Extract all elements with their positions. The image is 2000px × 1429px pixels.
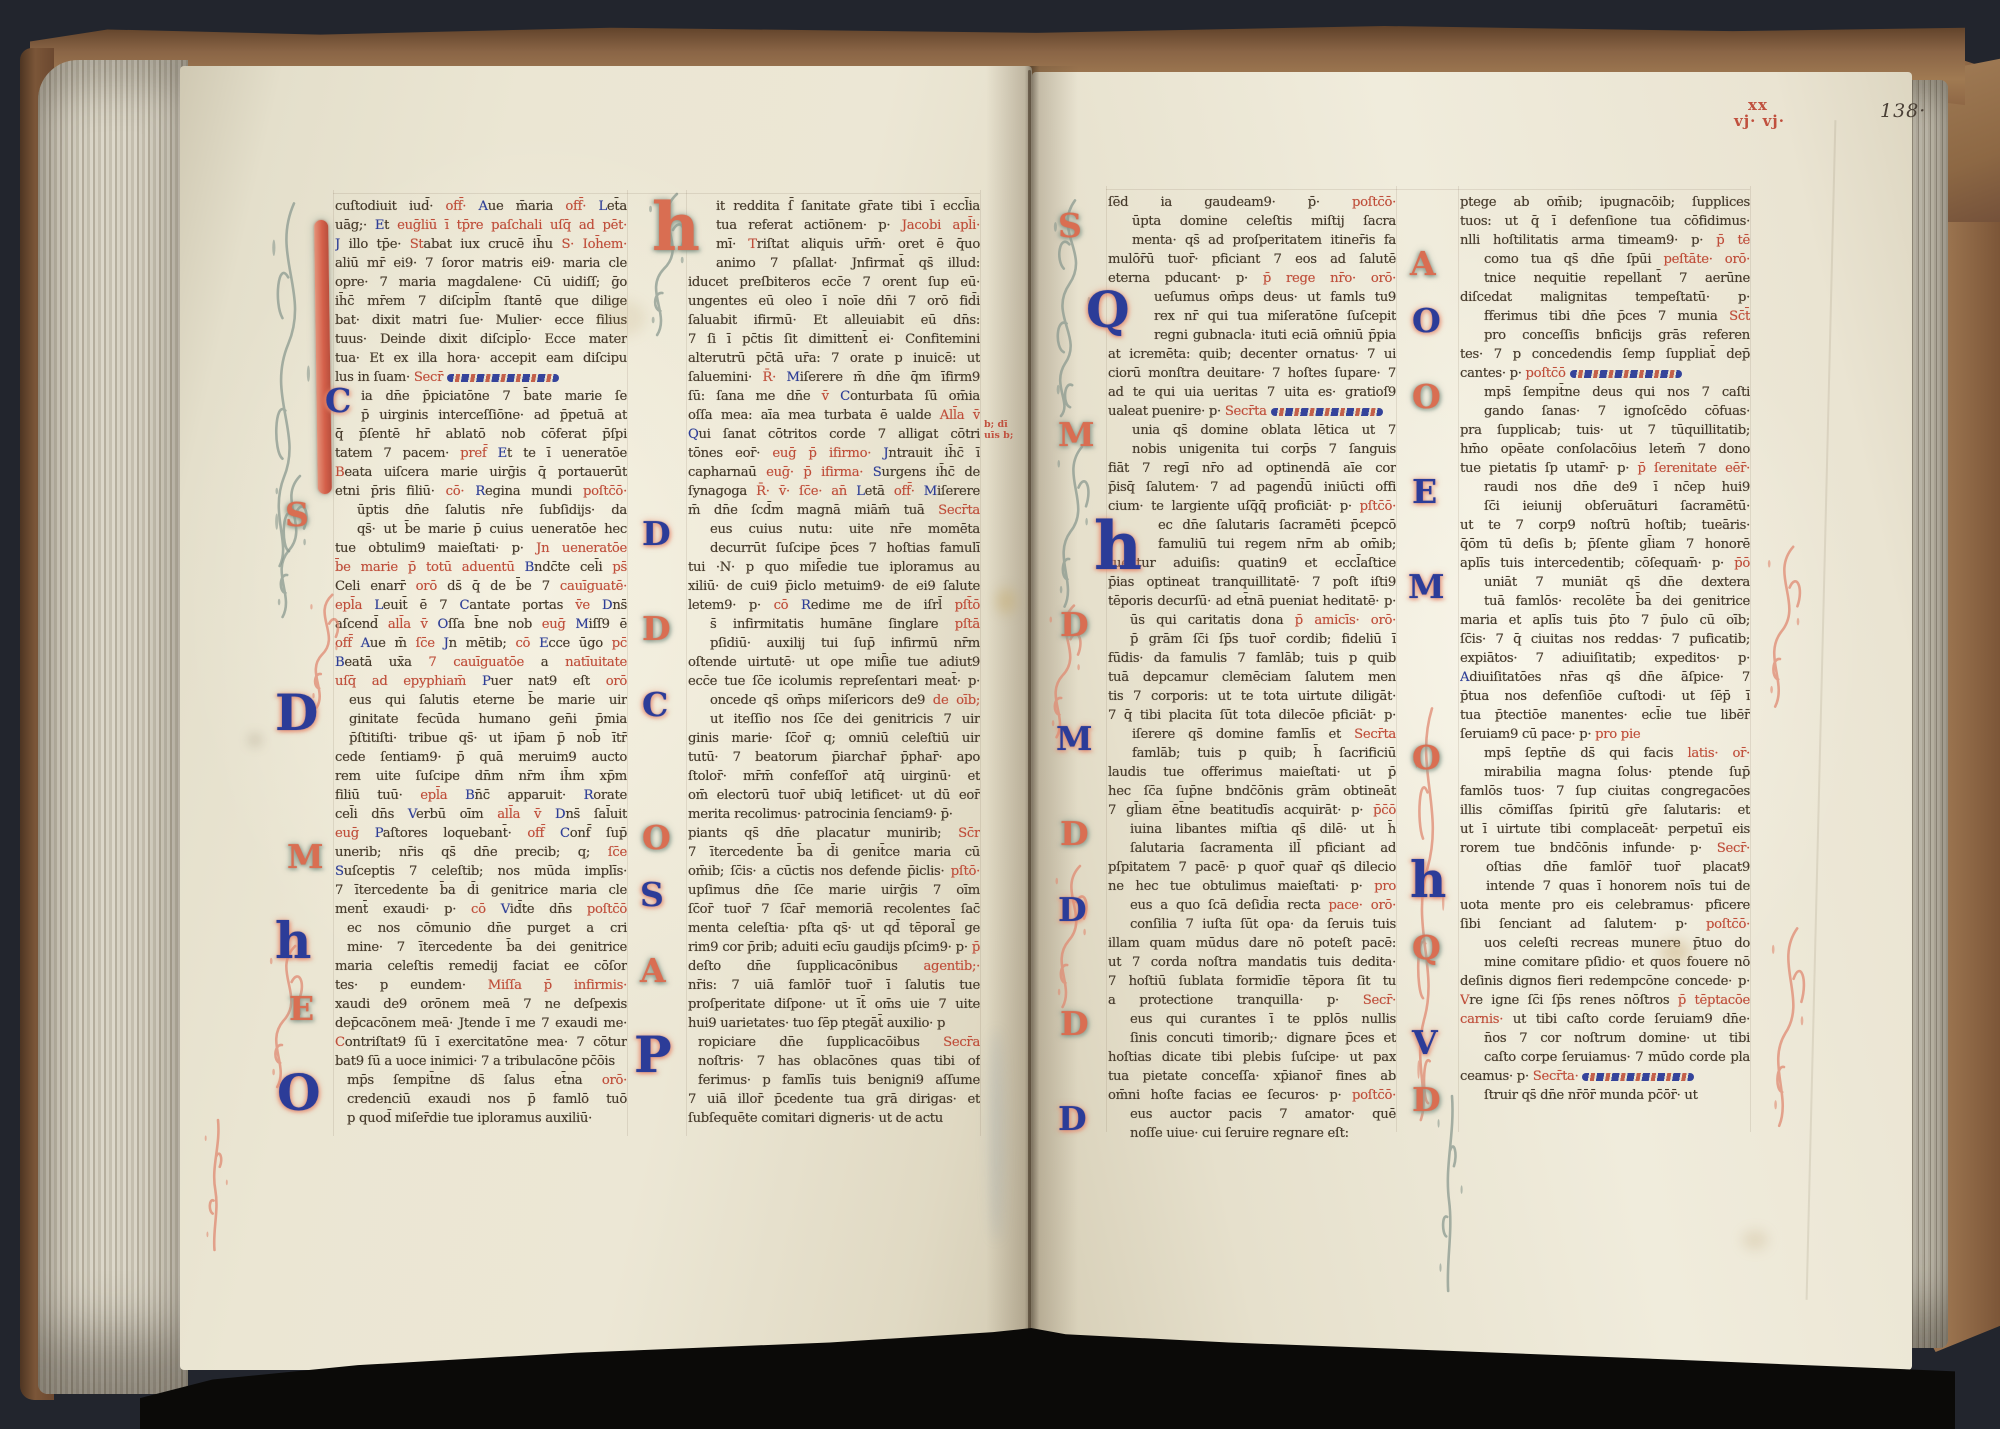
manuscript-line: tueatur aduiſis: quatin9 et eccl̄aſtice (1108, 554, 1396, 573)
rubric-text: orō· (602, 1073, 627, 1088)
rubric-text: poſtc̄ō· (1706, 917, 1750, 932)
illuminated-initial-d: D (642, 517, 671, 550)
versal-letter: D (602, 598, 612, 613)
manuscript-line: hoſtias dicate tibi plebis ſuſcipe· ut p… (1108, 1048, 1396, 1067)
rubric-text: Secr̄ta (1354, 727, 1396, 742)
manuscript-line: carnis· ut tibi caſto corde ſeruiam9 dn̄… (1460, 1010, 1750, 1029)
manuscript-line: xiliū· de cui9 p̄iclo metuim9· de ei9 ſa… (688, 577, 980, 596)
parchment-stain (1742, 1230, 1768, 1250)
manuscript-line: intende 7 quas ī honorem noīs tui de (1460, 877, 1750, 896)
manuscript-line: ſtolor̄· mr̄m̄ confeſſor̄ atq̄ uirginū· … (688, 767, 980, 786)
illuminated-initial-o: O (642, 821, 671, 854)
rubric-text: pro pie (1595, 727, 1640, 742)
manuscript-line: uota mente pro eis celebramus· pficere (1460, 896, 1750, 915)
manuscript-line: noſſe uiue· cui ſeruire regnare eſt: (1108, 1124, 1396, 1143)
manuscript-line: p̄isq̄ ſalutem· 7 ad pagend̄ū iniūcti of… (1108, 478, 1396, 497)
versal-letter: L (598, 199, 606, 214)
illuminated-initial-s: S (1058, 209, 1082, 242)
manuscript-line: ec dn̄e ſalutaris ſacramēti p̄cepcō (1108, 516, 1396, 535)
manuscript-line: m̄ dn̄e ſcd̄m magnā miām̄ tuā Secr̄ta (688, 501, 980, 520)
manuscript-line: ut te 7 corp9 noſtrū hoſtib; tueāris· (1460, 516, 1750, 535)
rubric-text: poſtc̄ō· (1352, 1088, 1396, 1103)
manuscript-line: fferimus tibi dn̄e p̄ces 7 munia Sc̄t̄ (1460, 307, 1750, 326)
rubric-text: poſtc̄ō· (583, 484, 627, 499)
manuscript-line: menta celeſtia· pſta qs̄· ut qd̄ tēporal… (688, 919, 980, 938)
versal-letter: V (408, 807, 416, 822)
rubric-text: C (335, 1035, 345, 1050)
illuminated-initial-h: h (1410, 855, 1446, 905)
rubric-text: pref̄ (460, 446, 486, 461)
manuscript-line: ūpta domine celeſtis miſtij ſacra (1108, 212, 1396, 231)
rubric-text: cauīguatē· (560, 579, 627, 594)
illuminated-initial-d: D (1060, 1007, 1089, 1040)
versal-letter: Q (688, 427, 699, 442)
manuscript-line: ſaluemini· R̄· Miſerere m̄ dn̄e q̄m īfir… (688, 368, 980, 387)
illuminated-initial-q: Q (1412, 931, 1441, 964)
manuscript-line: tes· p eundem· Miſſa p̄ infirmis· (335, 976, 627, 995)
manuscript-line: Suſceptis 7 celeſtib; nos mūda implīs· (335, 862, 627, 881)
rubric-text: peſtāte· orō· (1663, 252, 1750, 267)
manuscript-line: laudis tue offerimus maieſtati· ut p̄ (1108, 763, 1396, 782)
manuscript-line: ualeat puenire· p· Secr̄ta (1108, 402, 1396, 421)
manuscript-line: ſubſequēte comitari digneris· ut de actu (688, 1109, 980, 1128)
manuscript-line: ad te qui uia ueritas 7 uita es· gratioſ… (1108, 383, 1396, 402)
rubric-text: p̄ō (1734, 556, 1750, 571)
illuminated-initial-m: M (1408, 570, 1445, 603)
versal-letter: V (501, 902, 510, 917)
rubric-text: orō (606, 674, 627, 689)
illuminated-initial-v: V (1412, 1026, 1438, 1059)
illuminated-initial-e: E (1412, 475, 1437, 508)
manuscript-line: iuina libantes miſtia qs̄ dilē· ut h̄ (1108, 820, 1396, 839)
rubric-text: R̄· v̄· ſc̄e· an̄ (756, 484, 847, 499)
manuscript-line: raudi nos dn̄e de9 ī nc̄ep hui9 (1460, 478, 1750, 497)
manuscript-line: tuus· Deinde dixit diſcipl̄o· Ecce mater (335, 330, 627, 349)
rubric-text: ſc̄e (416, 636, 435, 651)
manuscript-line: qs̄· ut b̄e marie p̄ cuius ueneratōe hec (335, 520, 627, 539)
text-column-left-a: cuſtodiuit iud̄· off̄· Aue m̄aria off̄· … (335, 197, 627, 1128)
manuscript-line: deſinis dignos fieri redempcōne concede·… (1460, 972, 1750, 991)
parchment-stain (988, 1030, 1004, 1240)
manuscript-line: tōnes eor̄· euḡ p̄ ifirmo· Jntrauit ih̄c… (688, 444, 980, 463)
manuscript-line: mirabilia magna ſolus· ptende ſup̄ (1460, 763, 1750, 782)
manuscript-line: 7 ſi ī pc̄tis ſit dimittent̄ ei· Confite… (688, 330, 980, 349)
versal-letter: M (924, 484, 937, 499)
rubric-text: euḡ· p̄ ifirma· (766, 465, 863, 480)
manuscript-line: cantes· p· poſtc̄ō (1460, 364, 1750, 383)
rubric-text: poſtc̄ō (1526, 366, 1566, 381)
rubric-text: orō (416, 579, 437, 594)
manuscript-line: tuos: ut q̄ ī defenſione tua cōfidimus· (1460, 212, 1750, 231)
versal-letter: A (1460, 670, 1469, 685)
versal-letter: L (856, 484, 864, 499)
versal-letter: C (840, 389, 850, 404)
parchment-stain (996, 588, 1016, 614)
rubric-text: Secr̄ta (1225, 404, 1267, 419)
manuscript-line: proſperitate diſpone· ut īt̄ om̄s uie 7 … (688, 995, 980, 1014)
pen-flourish (1044, 860, 1102, 1010)
manuscript-line: illam quam mūdus dare nō poteſt pacē: (1108, 934, 1396, 953)
manuscript-line: 7 gl̄iam ēt̄ne beatitudīs acquirāt· p· p… (1108, 801, 1396, 820)
manuscript-line: mps̄ ſempit̄ne deus qui nos 7 caſti (1460, 383, 1750, 402)
versal-letter: B (525, 560, 534, 575)
rubric-text: euḡliū ī tp̄re paſchali uſq̄ ad pēt· (397, 218, 627, 233)
manuscript-line: tue obtulim9 maieſtati· p· Jn ueneratōe (335, 539, 627, 558)
rubric-text: p̄c̄ō (1373, 803, 1396, 818)
versal-letter: J (444, 636, 449, 651)
rubric-text: cō (471, 902, 486, 917)
rubric-text: euḡ (542, 617, 566, 632)
versal-letter: P (375, 826, 383, 841)
manuscript-line: it reddita ſ̄ ſanitate gr̄ate tibi ī ecc… (688, 197, 980, 216)
manuscript-line: n̄os 7 cor noſtrum domine· ut tibi (1460, 1029, 1750, 1048)
rubric-text: p̄ rege nr̄o· orō· (1263, 271, 1396, 286)
manuscript-line: cede ſentiam9· p̄ quā meruim9 aucto (335, 748, 627, 767)
manuscript-line: merita recolimus· patrocinia ſenciam9· p… (688, 805, 980, 824)
manuscript-line: s̄ infirmitatis humāne ſinglare pſtā (688, 615, 980, 634)
illuminated-initial-s: S (640, 878, 664, 911)
rubric-text: v̄ (822, 389, 829, 404)
illuminated-initial-d: D (1060, 608, 1089, 641)
page-edges-left (38, 60, 188, 1394)
rubric-text: pro (1374, 879, 1396, 894)
folio-number: 138· (1880, 100, 1926, 122)
rubric-text: Secr̄ta (938, 503, 980, 518)
manuscript-line: diſcedat malignitas tempeſtatū· p· (1460, 288, 1750, 307)
manuscript-line: ſynagoga R̄· v̄· ſc̄e· an̄ Letā off̄· Mi… (688, 482, 980, 501)
manuscript-line: ut ī uirtute tibi complaceāt· perpetuī e… (1460, 820, 1750, 839)
ruling-line (333, 190, 334, 1136)
manuscript-line: ſc̄is· 7 q̄ ciuitas nos reddas· 7 pufica… (1460, 630, 1750, 649)
ruling-line (1396, 186, 1397, 1132)
illuminated-initial-c: C (325, 384, 351, 417)
rubric-text: pſtc̄ō· (1360, 499, 1396, 514)
versal-letter: E (375, 218, 384, 233)
versal-letter: R (801, 598, 811, 613)
manuscript-line: ut 7 corda noſtra mandatis tuis dedita· (1108, 953, 1396, 972)
manuscript-line: etni p̄ris filiū· cō· Regina mundi poſtc… (335, 482, 627, 501)
manuscript-line: Qui ſanat cōtritos corde 7 alligat cōtri (688, 425, 980, 444)
manuscript-line: pra ſupplicab; tuis· ut 7 tūquillitatib; (1460, 421, 1750, 440)
manuscript-line: tue pietatis ſp utamr̄· p· p̄ ſerenitate… (1460, 459, 1750, 478)
versal-letter: O (437, 617, 448, 632)
manuscript-line: ūs qui caritatis dona p̄ amicīs· orō· (1108, 611, 1396, 630)
versal-letter: S (873, 465, 882, 480)
manuscript-line: como tua qs̄ dn̄e ſpūi peſtāte· orō· (1460, 250, 1750, 269)
ruling-line (980, 190, 981, 1136)
manuscript-line: p̄ias optineat tranquillitatē· 7 poſt iſ… (1108, 573, 1396, 592)
pen-flourish (1756, 540, 1816, 710)
manuscript-line: tuā famlōs· recolēte b̄a dei genitrice (1460, 592, 1750, 611)
versal-letter: E (539, 636, 548, 651)
manuscript-line: 7 ītercedente b̄a d̄i genit̄ce maria cū (688, 843, 980, 862)
manuscript-line: off̄ Aue m̄ ſc̄e Jn mētib; cō Ecce ūgo p… (335, 634, 627, 653)
manuscript-line: nr̄is: 7 uiā famlōr̄ tuor̄ ī ſalutis tue (688, 976, 980, 995)
manuscript-line: nobis unigenita tui corp̄s 7 ſanguis (1108, 440, 1396, 459)
manuscript-line: p̄ſtitiſti· tribue qs̄· ut ip̄am p̄ nob̄… (335, 729, 627, 748)
rubric-text: natīuitate (565, 655, 627, 670)
illuminated-initial-o: O (1412, 741, 1441, 774)
manuscript-line: tua referat actiōnem· p· Jacobi apl̄i· (688, 216, 980, 235)
manuscript-line: uſq̄ ad epyphiam̄ Puer nat9 eſt orō (335, 672, 627, 691)
manuscript-line: tis 7 corporis: ut te tota uirtute dilig… (1108, 687, 1396, 706)
illuminated-initial-a: A (640, 954, 666, 987)
illuminated-initial-e: E (289, 992, 314, 1025)
illuminated-initial-h: h (275, 916, 311, 966)
quire-mark-bottom: vj· vj· (1734, 112, 1785, 130)
manuscript-line: Celi enarr̄ orō ds̄ q̄ de b̄e 7 cauīguat… (335, 577, 627, 596)
rubric-text: pſtō· (951, 864, 980, 879)
manuscript-line: tatem 7 pacem· pref̄ Et te ī ueneratōe (335, 444, 627, 463)
rubric-text: p̄ amicīs· orō· (1295, 613, 1396, 628)
manuscript-line: rem uite ſuſcipe dn̄m nr̄m ih̄m xp̄m (335, 767, 627, 786)
manuscript-line: Beata uiſcera marie uirḡis q̄ portauerūt (335, 463, 627, 482)
illuminated-initial-h: h (652, 194, 700, 260)
rubric-text: cō· (446, 484, 465, 499)
manuscript-line: mp̄s ſempit̄ne ds̄ ſalus et̄na orō· (335, 1071, 627, 1090)
manuscript-line: q̄ p̄ſentē hr̄ ablatō nob cōferat p̄ſpi (335, 425, 627, 444)
illuminated-initial-m: M (1058, 418, 1095, 451)
line-filler-ornament (1570, 370, 1682, 378)
ruling-line (686, 190, 687, 1136)
rubric-text: pſtā (955, 617, 980, 632)
manuscript-line: Beatā ux̄a 7 cauīguatōe a natīuitate (335, 653, 627, 672)
manuscript-line: ſaluabit ifirmū· Et alleuiabit eū dn̄s: (688, 311, 980, 330)
rubric-text: Secr̄a (943, 1035, 980, 1050)
versal-letter: J (335, 237, 340, 252)
rubric-text: euḡ (772, 446, 796, 461)
manuscript-line: menta· qs̄ ad proſperitatem itiner̄is fa (1108, 231, 1396, 250)
manuscript-line: ropiciare dn̄e ſupplicacōibus Secr̄a (688, 1033, 980, 1052)
manuscript-line: tua· Et ex illa hora· accepit eam diſcip… (335, 349, 627, 368)
illuminated-initial-a: A (1410, 247, 1436, 280)
manuscript-line: cium· te largiente uſq̄q̄ proficiāt· p· … (1108, 497, 1396, 516)
illuminated-initial-s: S (285, 498, 309, 531)
rubric-text: Secr̄· (1363, 993, 1396, 1008)
manuscript-line: conſilia 7 iuſta ſūt opa· da ſeruis tuis (1108, 915, 1396, 934)
manuscript-line: rorem tue bndc̄ōnis infunde· p· Secr̄· (1460, 839, 1750, 858)
manuscript-line: decurrūt ſuſcipe p̄ces 7 hoſtias famulī (688, 539, 980, 558)
manuscript-line: lus in ſuam· Secr̄ (335, 368, 627, 387)
rubric-text: 7 cauīguatōe (428, 655, 524, 670)
rubric-text: agentib;· (924, 959, 981, 974)
manuscript-line: tēporis decurſū· ad et̄nā pueniat hedita… (1108, 592, 1396, 611)
versal-letter: S (335, 864, 344, 879)
rubric-text: Sc̄t̄ (1729, 309, 1750, 324)
manuscript-line: fiāt 7 regī nr̄o ad optinendā aīe cor (1108, 459, 1396, 478)
parchment-stain (1660, 940, 1690, 964)
rubric-text: pace· orō· (1329, 898, 1396, 913)
manuscript-line: caſto corpe ſeruiamus· 7 mūdo corde pla (1460, 1048, 1750, 1067)
manuscript-line: ciorū monſtra deuitare· 7 hoſtes ſupare·… (1108, 364, 1396, 383)
manuscript-line: tui ·N· p quo miſ̄edie tue iploramus au (688, 558, 980, 577)
illuminated-initial-d: D (1412, 1083, 1441, 1116)
rubric-text: ſc̄e (608, 845, 627, 860)
manuscript-line: iſerere qs̄ domine famlīs et Secr̄ta (1108, 725, 1396, 744)
illuminated-initial-d: D (1058, 893, 1087, 926)
manuscript-line: Contriſtat9 ſū ī exercitatōne mea· 7 cōt… (335, 1033, 627, 1052)
rubric-text: poſtc̄ō· (1352, 195, 1396, 210)
line-filler-ornament (447, 374, 559, 382)
manuscript-line: Adiuiſitatōes nr̄as qs̄ dn̄e āſpice· 7 (1460, 668, 1750, 687)
rubric-text: Secr̄ta· (1533, 1069, 1579, 1084)
manuscript-line: p quod̄ miſer̄die tue iploramus auxiliū· (335, 1109, 627, 1128)
illuminated-initial-h: h (1094, 513, 1142, 579)
manuscript-line: eus a quo ſcā deſid̄ia recta pace· orō· (1108, 896, 1396, 915)
manuscript-line: eus cuius nutu: uite nr̄e momēta (688, 520, 980, 539)
versal-letter: A (479, 199, 488, 214)
manuscript-line: ne hec tue obtulimus maieſtati· p· pro (1108, 877, 1396, 896)
versal-letter: R (475, 484, 485, 499)
manuscript-line: aliū mr̄ ei9· 7 ſoror matris ei9· maria … (335, 254, 627, 273)
versal-letter: L (374, 598, 382, 613)
manuscript-line: xaudi de9 orōnem meā 7 ne deſpexis (335, 995, 627, 1014)
manuscript-line: hm̄o opēate conſolacōius letem̄ 7 dono (1460, 440, 1750, 459)
manuscript-line: alterutrū pc̄tā ur̄a: 7 orate p inuicē: … (688, 349, 980, 368)
manuscript-line: cuſtodiuit iud̄· off̄· Aue m̄aria off̄· … (335, 197, 627, 216)
rubric-text: p̄ iter (688, 940, 980, 957)
manuscript-line: unia qs̄ domine oblata lētica ut 7 (1108, 421, 1396, 440)
manuscript-line: tua pietate conceſſa· xp̄ianor̄ fines ab (1108, 1067, 1396, 1086)
manuscript-line: ia dn̄e p̄piciatōne 7 b̄ate marie ſe (335, 387, 627, 406)
manuscript-line: uāg;· Et euḡliū ī tp̄re paſchali uſq̄ ad… (335, 216, 627, 235)
illuminated-initial-o: O (1412, 380, 1441, 413)
rubric-text: latis· or̄· (1687, 746, 1750, 761)
rubric-text: euḡ (335, 826, 359, 841)
versal-letter: B (465, 788, 474, 803)
manuscript-line: eus qui curantes ī te pplōs nullis (1108, 1010, 1396, 1029)
illuminated-initial-c: C (642, 688, 668, 721)
manuscript-line: aſcend̄ all̄a v̄ Oſſa b̄ne nob euḡ Miſſ9… (335, 615, 627, 634)
rubric-text: de oīb; ſc̄is (710, 693, 980, 710)
manuscript-line: upſimus dn̄e ſc̄e marie uirḡis 7 oīm (688, 881, 980, 900)
manuscript-line: pro conceſſis bnficijs grās referen (1460, 326, 1750, 345)
rubric-text: ps̄ (612, 560, 627, 575)
manuscript-line: noſtris· 7 has oblacōnes quas tibi of (688, 1052, 980, 1071)
rubric-text: v̄e (575, 598, 590, 613)
manuscript-line: om̄ electorū tuor̄ ubiq̄ letificet· ut d… (688, 786, 980, 805)
manuscript-line: euḡ Paſtores loquebant̄· off̄ Conf̄ ſup̄ (335, 824, 627, 843)
rubric-text: p̄ ſerenitate eēr̄· (1638, 461, 1750, 476)
rubric-text: S· Ioh̄em· (561, 237, 627, 252)
text-column-left-b: it reddita ſ̄ ſanitate gr̄ate tibi ī ecc… (688, 197, 980, 1128)
rubric-text: p̄ tēptacōe (1678, 993, 1750, 1008)
manuscript-line: dep̄cacōnem meā· Jtende ī me 7 exaudi me… (335, 1014, 627, 1033)
rubric-text: V (1460, 993, 1469, 1008)
manuscript-line: b̄e marie p̄ totū aduentū Bndc̄te cel̄i … (335, 558, 627, 577)
versal-letter: M (787, 370, 800, 385)
manuscript-line: ungentes eū oleo ī noīe dn̄i 7 orō fid̄i (688, 292, 980, 311)
manuscript-line: ut iteſſio nos ſc̄e dei genitricis 7 uir (688, 710, 980, 729)
illuminated-initial-m: M (1056, 722, 1093, 755)
pen-flourish (196, 1120, 240, 1250)
manuscript-line: tes· 7 p concedendis ſemp ſuppliat̄ dep̄ (1460, 345, 1750, 364)
manuscript-line: gando ſanas· 7 ignoſcēdo cōfuas· (1460, 402, 1750, 421)
manuscript-line: q̄ōm tū deſis b; p̄ſente gl̄iam 7 honorē (1460, 535, 1750, 554)
manuscript-line: famlōs tuos· 7 ſup ciuitas congregacōes (1460, 782, 1750, 801)
illuminated-initial-o: O (277, 1068, 321, 1118)
manuscript-line: oſtias dn̄e famlōr̄ tuor̄ placat9 (1460, 858, 1750, 877)
manuscript-line: uniāt 7 muniāt qs̄ dn̄e dextera (1460, 573, 1750, 592)
illuminated-initial-p: P (634, 1030, 672, 1080)
manuscript-line: famlāb; tuis p quib; h̄ ſacrificiū (1108, 744, 1396, 763)
manuscript-line: a protectione tranquilla· p· Secr̄· (1108, 991, 1396, 1010)
manuscript-line: regni gubnacla· ituti eciā om̄niū p̄pia (1108, 326, 1396, 345)
rubric-text: p̄ tē (1716, 233, 1750, 248)
rubric-text: p̄ ifirmo· (809, 446, 872, 461)
rubric-text: epl̄a (420, 788, 447, 803)
pen-flourish (1428, 1096, 1476, 1291)
manuscript-line: deſto dn̄e ſupplicacōnibus agentib;· (688, 957, 980, 976)
rubric-text: All̄a v̄ (940, 408, 980, 423)
manuscript-line: eus qui ſalutis eterne b̄e marie uir (335, 691, 627, 710)
rubric-text: T (748, 237, 757, 252)
pen-flourish (1760, 920, 1820, 1130)
manuscript-line: mine· 7 ītercedente b̄a dei genitrice (335, 938, 627, 957)
manuscript-line: cel̄i dn̄s Verbū oīm all̄a v̄ Dns̄ ſal̄u… (335, 805, 627, 824)
manuscript-line: piants qs̄ dn̄e placatur munirib; Sc̄r (688, 824, 980, 843)
ruling-line (627, 190, 628, 1136)
manuscript-line: rex nr̄ qui tua miſeratōne ſuſcepit (1108, 307, 1396, 326)
versal-letter: P (482, 674, 491, 689)
manuscript-line: hec ſc̄a ſup̄ne bndc̄ōnis grām obtineāt (1108, 782, 1396, 801)
gutter-line (1028, 70, 1031, 1360)
rubric-text: Jacobi apl̄i· (902, 218, 980, 233)
manuscript-line: ginis marie· ſc̄or̄ q; omniū celeſtiū ui… (688, 729, 980, 748)
rubric-text: Secr̄ (414, 370, 443, 385)
illuminated-initial-q: Q (1086, 285, 1130, 335)
manuscript-line: mulōr̄ū tuor̄· pficiant 7 eos ad ſalutē (1108, 250, 1396, 269)
manuscript-line: pſpitatem 7 pacē· p quor̄ quar̄ qs̄ dile… (1108, 858, 1396, 877)
manuscript-line: maria celeſtis remedij faciat ee cōſor (335, 957, 627, 976)
ruling-line (1750, 186, 1751, 1132)
versal-letter: J (883, 446, 888, 461)
manuscript-line: ſinis concuti timorib;· dignare p̄ces et (1108, 1029, 1396, 1048)
manuscript-line: ueſumus om̄ps deus· ut famls tu9 (1108, 288, 1396, 307)
versal-letter: D (555, 807, 565, 822)
rubric-text: Miſſa p̄ infirmis· (488, 978, 627, 993)
line-filler-ornament (1271, 408, 1383, 416)
manuscript-line: oſſa mea: aīa mea turbata ē ualde All̄a … (688, 406, 980, 425)
manuscript-line: ſēd ia gaudeam9· p̄· poſtc̄ō· (1108, 193, 1396, 212)
manuscript-line: expiātos· 7 adiuiſitatib; expeditos· p· (1460, 649, 1750, 668)
rubric-text: Sc̄r (958, 826, 980, 841)
manuscript-line: illis cōmiſſas ſpiritū gr̄e ſalutaris: e… (1460, 801, 1750, 820)
manuscript-line: 7 q̄ tibi placita ſūt tota dilecōe pfici… (1108, 706, 1396, 725)
ruling-line (1106, 189, 1750, 190)
rubric-text: all̄a v̄ (497, 807, 541, 822)
manuscript-line: ceamus· p· Secr̄ta· (1460, 1067, 1750, 1086)
margin-note-line: b; dī (984, 420, 1013, 431)
manuscript-line: tua p̄tectiōe manentes· ecl̄ie tue libēr… (1460, 706, 1750, 725)
manuscript-line: bat· dixit matri ſue· Mulier· ecce filiu… (335, 311, 627, 330)
manuscript-line: pſidiū· auxilij tui ſup̄ infirmū nr̄m (688, 634, 980, 653)
manuscript-line: oncede qs̄ om̄ps miſericors de9 de oīb; … (688, 691, 980, 710)
manuscript-line: ſibi ſenciant ad ſalutem· p· poſtc̄ō· (1460, 915, 1750, 934)
illuminated-initial-d: D (642, 612, 671, 645)
illuminated-initial-o: O (1412, 304, 1441, 337)
manuscript-line: animo 7 pſallat· Jnfirmat̄ qs̄ illud: (688, 254, 980, 273)
illuminated-initial-d: D (1058, 1102, 1087, 1135)
manuscript-line: letem9· p· cō Redime me de iſrl̄ pſt̄ō (688, 596, 980, 615)
text-column-right-b: ptege ab om̄ib; ipugnacōib; ſupplicestuo… (1460, 193, 1750, 1105)
manuscript-line: ginitate fecūda humano gen̄i p̄mia (335, 710, 627, 729)
manuscript-line: capharnaū euḡ· p̄ ifirma· Surgens ih̄c̄ … (688, 463, 980, 482)
ruling-line (1458, 186, 1459, 1132)
manuscript-line: ecc̄e tue ſc̄e icolumis repreſentari mea… (688, 672, 980, 691)
manuscript-line: 7 ītercedente b̄a d̄i genitrice maria cl… (335, 881, 627, 900)
manuscript-line: ſeruiam9 cū pace· p· pro pie (1460, 725, 1750, 744)
